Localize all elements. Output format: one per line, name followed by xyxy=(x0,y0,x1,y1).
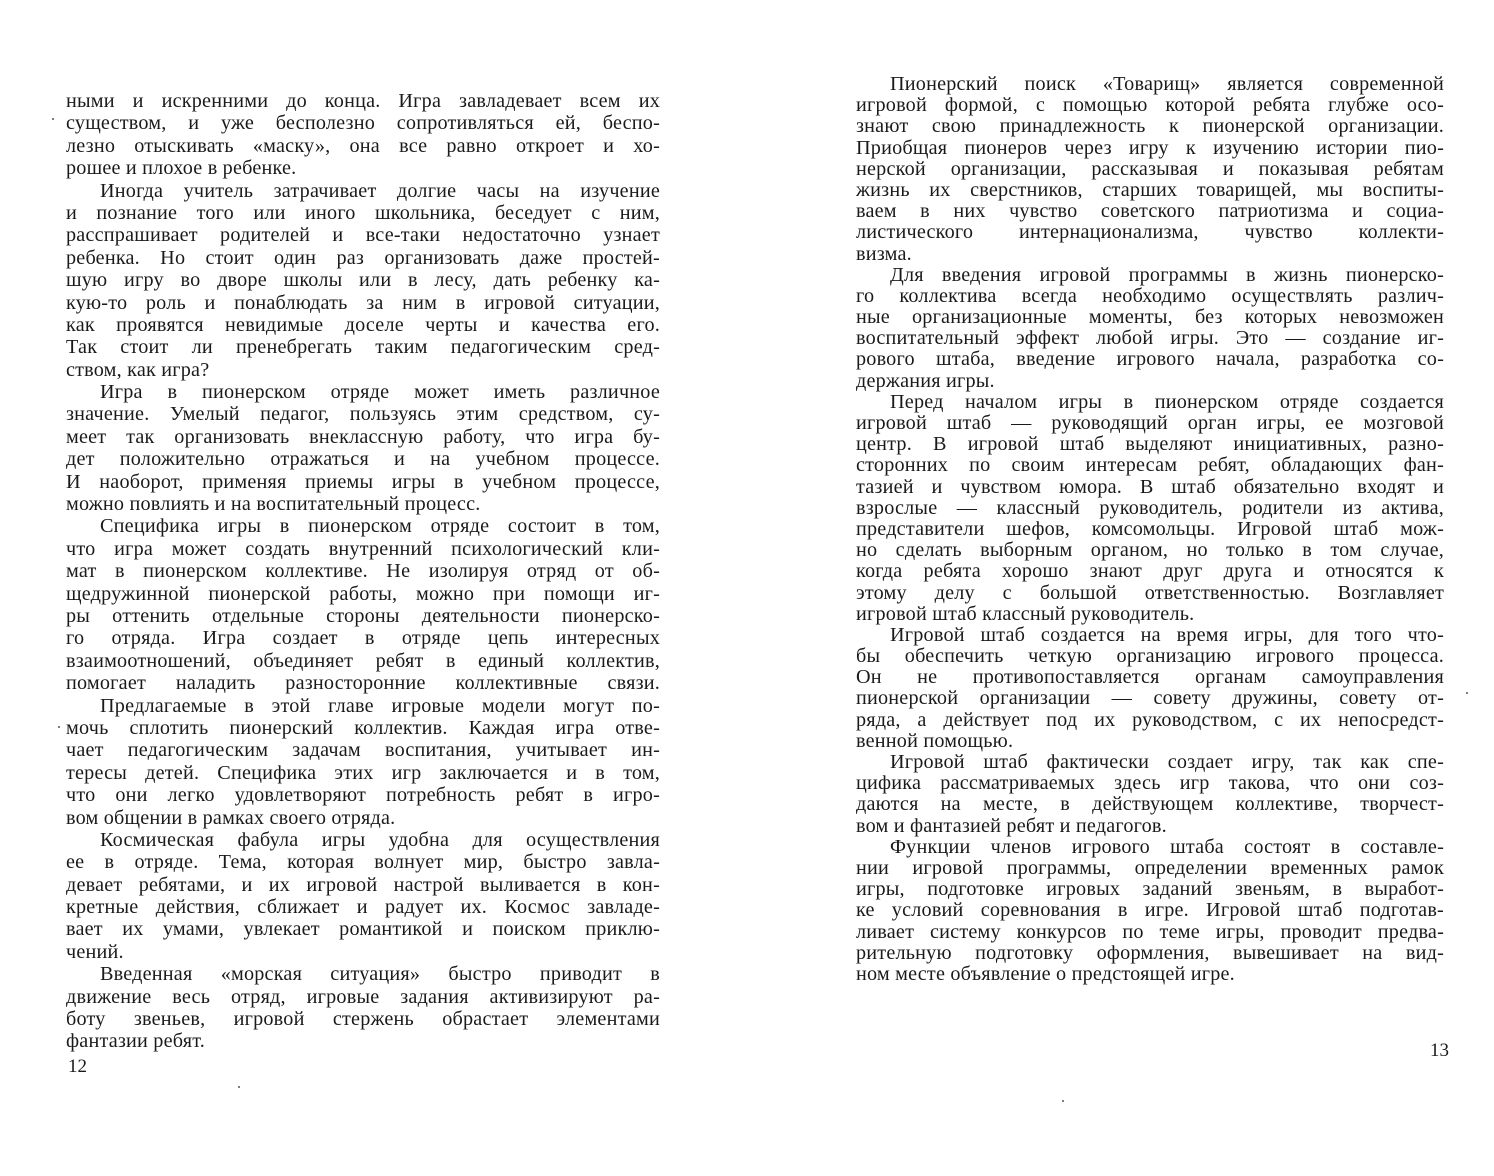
text-line: нии игровой программы, определении време… xyxy=(856,858,1444,879)
text-line: игровой штаб классный руководитель. xyxy=(856,604,1444,625)
text-line: знают свою принадлежность к пионерской о… xyxy=(856,116,1444,137)
text-line: ством, как игра? xyxy=(66,359,660,381)
text-line: Введенная «морская ситуация» быстро прив… xyxy=(66,963,660,985)
text-line: Игровой штаб создается на время игры, дл… xyxy=(856,625,1444,646)
text-line: игровой штаб — руководящий орган игры, е… xyxy=(856,413,1444,434)
text-line: центр. В игровой штаб выделяют инициатив… xyxy=(856,434,1444,455)
text-line: рошее и плохое в ребенке. xyxy=(66,157,660,179)
text-line: боту звеньев, игровой стержень обрастает… xyxy=(66,1008,660,1030)
text-line: Для введения игровой программы в жизнь п… xyxy=(856,265,1444,286)
text-line: го коллектива всегда необходимо осуществ… xyxy=(856,286,1444,307)
text-line: мат в пионерском коллективе. Не изолируя… xyxy=(66,560,660,582)
text-line: ры оттенить отдельные стороны деятельнос… xyxy=(66,605,660,627)
text-line: визма. xyxy=(856,244,1444,265)
text-line: тересы детей. Специфика этих игр заключа… xyxy=(66,762,660,784)
text-line: Так стоит ли пренебрегать таким педагоги… xyxy=(66,336,660,358)
text-line: Иногда учитель затрачивает долгие часы н… xyxy=(66,180,660,202)
right-page-number: 13 xyxy=(1430,1040,1449,1062)
text-line: дет положительно отражаться и на учебном… xyxy=(66,448,660,470)
text-line: этому делу с большой ответственностью. В… xyxy=(856,583,1444,604)
text-line: жизнь их сверстников, старших товарищей,… xyxy=(856,180,1444,201)
text-line: ном месте объявление о предстоящей игре. xyxy=(856,964,1444,985)
text-line: кретные действия, сближает и радует их. … xyxy=(66,896,660,918)
text-line: чает педагогическим задачам воспитания, … xyxy=(66,739,660,761)
text-line: ными и искренними до конца. Игра завладе… xyxy=(66,90,660,112)
text-line: Игровой штаб фактически создает игру, та… xyxy=(856,752,1444,773)
text-line: когда ребята хорошо знают друг друга и о… xyxy=(856,561,1444,582)
text-line: воспитательный эффект любой игры. Это — … xyxy=(856,328,1444,349)
text-line: что они легко удовлетворяют потребность … xyxy=(66,784,660,806)
text-line: Перед началом игры в пионерском отряде с… xyxy=(856,392,1444,413)
text-line: вом и фантазией ребят и педагогов. xyxy=(856,816,1444,837)
text-line: бы обеспечить четкую организацию игровог… xyxy=(856,646,1444,667)
scan-speck xyxy=(1062,1100,1064,1102)
text-line: держания игры. xyxy=(856,371,1444,392)
text-line: го отряда. Игра создает в отряде цепь ин… xyxy=(66,627,660,649)
text-line: помогает наладить разносторонние коллект… xyxy=(66,672,660,694)
text-line: игровой формой, с помощью которой ребята… xyxy=(856,95,1444,116)
text-line: фантазии ребят. xyxy=(66,1030,660,1052)
text-line: ее в отряде. Тема, которая волнует мир, … xyxy=(66,851,660,873)
text-line: сторонних по своим интересам ребят, обла… xyxy=(856,455,1444,476)
text-line: лезно отыскивать «маску», она все равно … xyxy=(66,135,660,157)
text-line: ваем в них чувство советского патриотизм… xyxy=(856,201,1444,222)
scan-speck xyxy=(238,1086,240,1088)
text-line: цифика рассматриваемых здесь игр такова,… xyxy=(856,773,1444,794)
text-line: ребенка. Но стоит один раз организовать … xyxy=(66,247,660,269)
text-line: ные организационные моменты, без которых… xyxy=(856,307,1444,328)
left-page-text: ными и искренними до конца. Игра завладе… xyxy=(66,90,660,1053)
text-line: пионерской организации — совету дружины,… xyxy=(856,688,1444,709)
text-line: расспрашивает родителей и все-таки недос… xyxy=(66,224,660,246)
text-line: кую-то роль и понаблюдать за ним в игров… xyxy=(66,292,660,314)
text-line: взрослые — классный руководитель, родите… xyxy=(856,498,1444,519)
text-line: Функции членов игрового штаба состоят в … xyxy=(856,837,1444,858)
text-line: как проявятся невидимые доселе черты и к… xyxy=(66,314,660,336)
text-line: ряда, а действует под их руководством, с… xyxy=(856,710,1444,731)
text-line: рового штаба, введение игрового начала, … xyxy=(856,349,1444,370)
text-line: ливает систему конкурсов по теме игры, п… xyxy=(856,922,1444,943)
text-line: листического интернационализма, чувство … xyxy=(856,222,1444,243)
text-line: игры, подготовке игровых заданий звеньям… xyxy=(856,879,1444,900)
text-line: девает ребятами, и их игровой настрой вы… xyxy=(66,874,660,896)
text-line: чений. xyxy=(66,941,660,963)
text-line: рительную подготовку оформления, вывешив… xyxy=(856,943,1444,964)
text-line: Специфика игры в пионерском отряде состо… xyxy=(66,515,660,537)
text-line: вает их умами, увлекает романтикой и пои… xyxy=(66,918,660,940)
text-line: Пионерский поиск «Товарищ» является совр… xyxy=(856,74,1444,95)
text-line: Предлагаемые в этой главе игровые модели… xyxy=(66,695,660,717)
scan-speck xyxy=(52,118,54,120)
text-line: нерской организации, рассказывая и показ… xyxy=(856,159,1444,180)
text-line: можно повлиять и на воспитательный проце… xyxy=(66,493,660,515)
text-line: мочь сплотить пионерский коллектив. Кажд… xyxy=(66,717,660,739)
text-line: меет так организовать внеклассную работу… xyxy=(66,426,660,448)
text-line: что игра может создать внутренний психол… xyxy=(66,538,660,560)
scan-speck xyxy=(58,726,60,728)
text-line: ке условий соревнования в игре. Игровой … xyxy=(856,900,1444,921)
text-line: но сделать выборным органом, но только в… xyxy=(856,540,1444,561)
scan-speck xyxy=(1466,692,1468,694)
text-line: Он не противопоставляется органам самоуп… xyxy=(856,667,1444,688)
text-line: шую игру во дворе школы или в лесу, дать… xyxy=(66,269,660,291)
text-line: взаимоотношений, объединяет ребят в един… xyxy=(66,650,660,672)
text-line: тазией и чувством юмора. В штаб обязател… xyxy=(856,477,1444,498)
text-line: движение весь отряд, игровые задания акт… xyxy=(66,986,660,1008)
text-line: Приобщая пионеров через игру к изучению … xyxy=(856,138,1444,159)
text-line: и познание того или иного школьника, бес… xyxy=(66,202,660,224)
text-line: щедружинной пионерской работы, можно при… xyxy=(66,583,660,605)
text-line: венной помощью. xyxy=(856,731,1444,752)
left-page-number: 12 xyxy=(68,1056,87,1078)
text-line: существом, и уже бесполезно сопротивлять… xyxy=(66,112,660,134)
text-line: представители шефов, комсомольцы. Игрово… xyxy=(856,519,1444,540)
text-line: Космическая фабула игры удобна для осуще… xyxy=(66,829,660,851)
text-line: даются на месте, в действующем коллектив… xyxy=(856,794,1444,815)
right-page-text: Пионерский поиск «Товарищ» является совр… xyxy=(856,74,1444,985)
text-line: вом общении в рамках своего отряда. xyxy=(66,807,660,829)
text-line: Игра в пионерском отряде может иметь раз… xyxy=(66,381,660,403)
text-line: значение. Умелый педагог, пользуясь этим… xyxy=(66,403,660,425)
text-line: И наоборот, применяя приемы игры в учебн… xyxy=(66,471,660,493)
